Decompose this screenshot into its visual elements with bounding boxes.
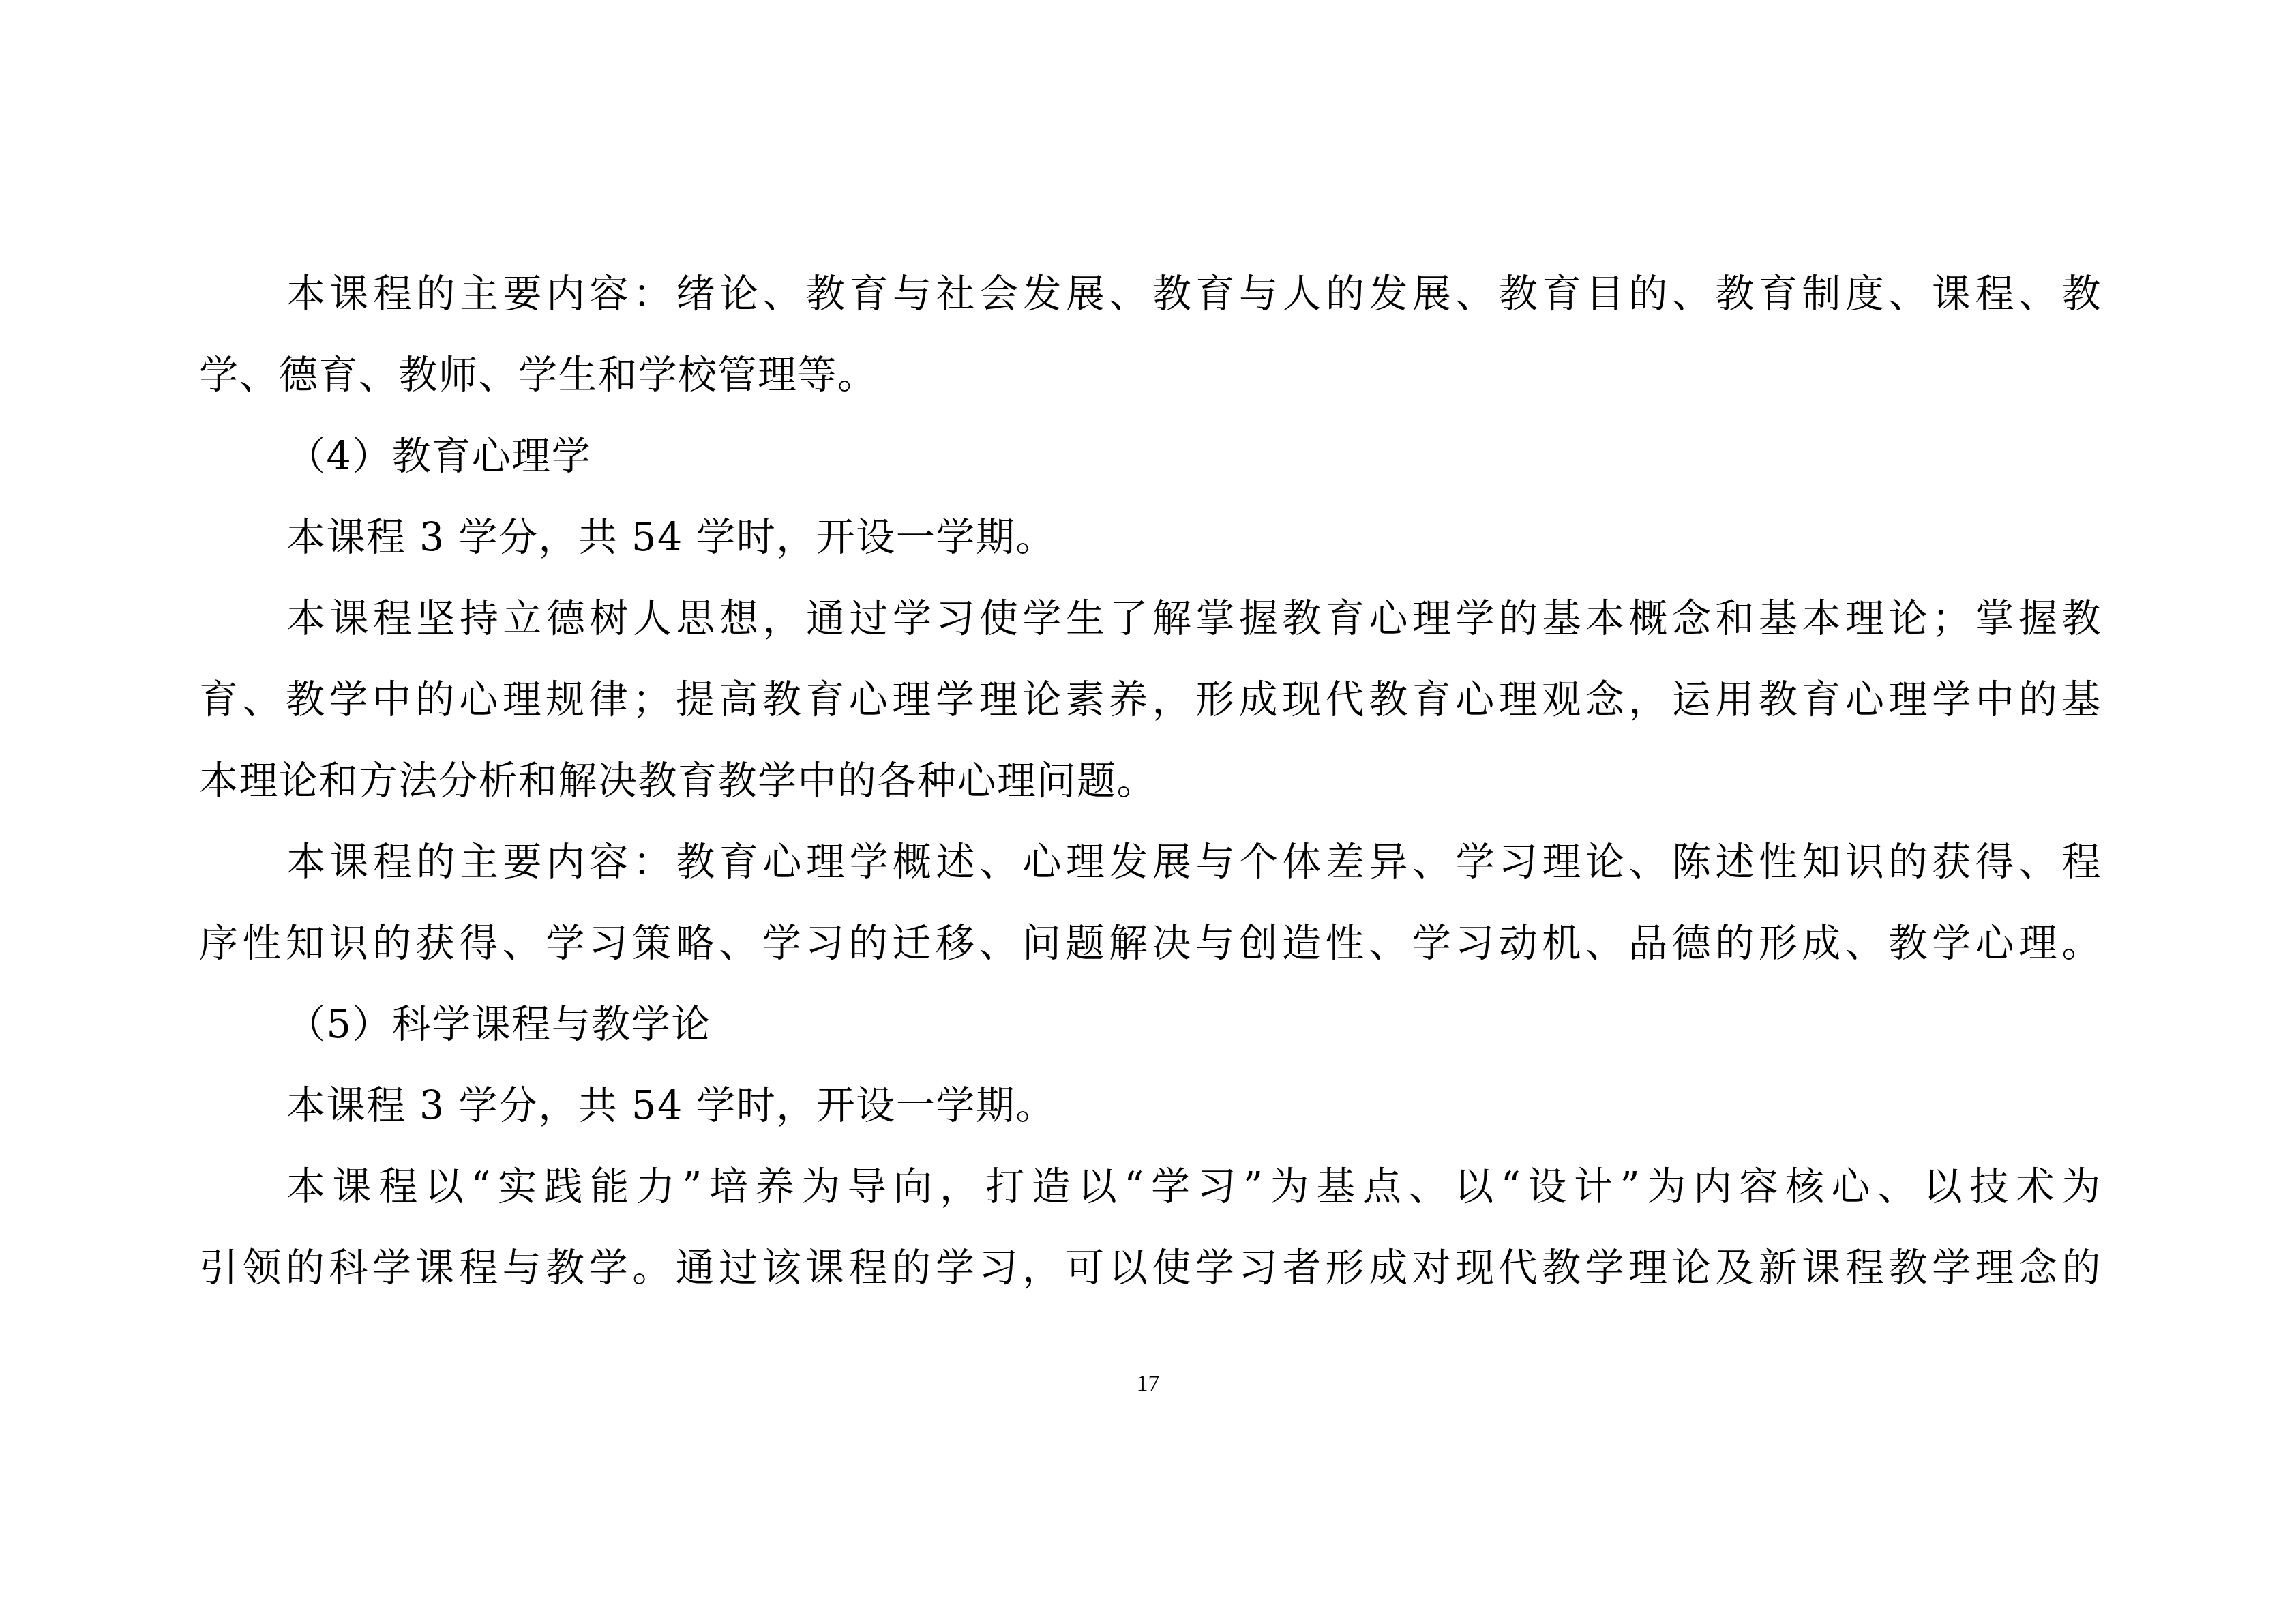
paragraph-line: 本理论和方法分析和解决教育教学中的各种心理问题。 <box>199 741 1157 822</box>
paragraph-line: 本课程的主要内容：绪论、教育与社会发展、教育与人的发展、教育目的、教育制度、课程… <box>286 254 2102 335</box>
paragraph-line: 本课程以“实践能力”培养为导向，打造以“学习”为基点、以“设计”为内容核心、以技… <box>286 1147 2102 1228</box>
paragraph-line: 本课程的主要内容：教育心理学概述、心理发展与个体差异、学习理论、陈述性知识的获得… <box>286 822 2102 903</box>
paragraph-line: 序性知识的获得、学习策略、学习的迁移、问题解决与创造性、学习动机、品德的形成、教… <box>199 903 2102 984</box>
page-number: 17 <box>0 1371 2296 1397</box>
paragraph-line: 育、教学中的心理规律；提高教育心理学理论素养，形成现代教育心理观念，运用教育心理… <box>199 660 2102 741</box>
paragraph-line: 本课程坚持立德树人思想，通过学习使学生了解掌握教育心理学的基本概念和基本理论；掌… <box>286 578 2102 660</box>
paragraph-line: 本课程 3 学分，共 54 学时，开设一学期。 <box>286 497 1056 578</box>
section-heading: （5）科学课程与教学论 <box>286 984 711 1065</box>
section-heading: （4）教育心理学 <box>286 416 591 497</box>
paragraph-line: 学、德育、教师、学生和学校管理等。 <box>199 335 878 416</box>
paragraph-line: 本课程 3 学分，共 54 学时，开设一学期。 <box>286 1065 1056 1147</box>
paragraph-line: 引领的科学课程与教学。通过该课程的学习，可以使学习者形成对现代教学理论及新课程教… <box>199 1228 2102 1309</box>
